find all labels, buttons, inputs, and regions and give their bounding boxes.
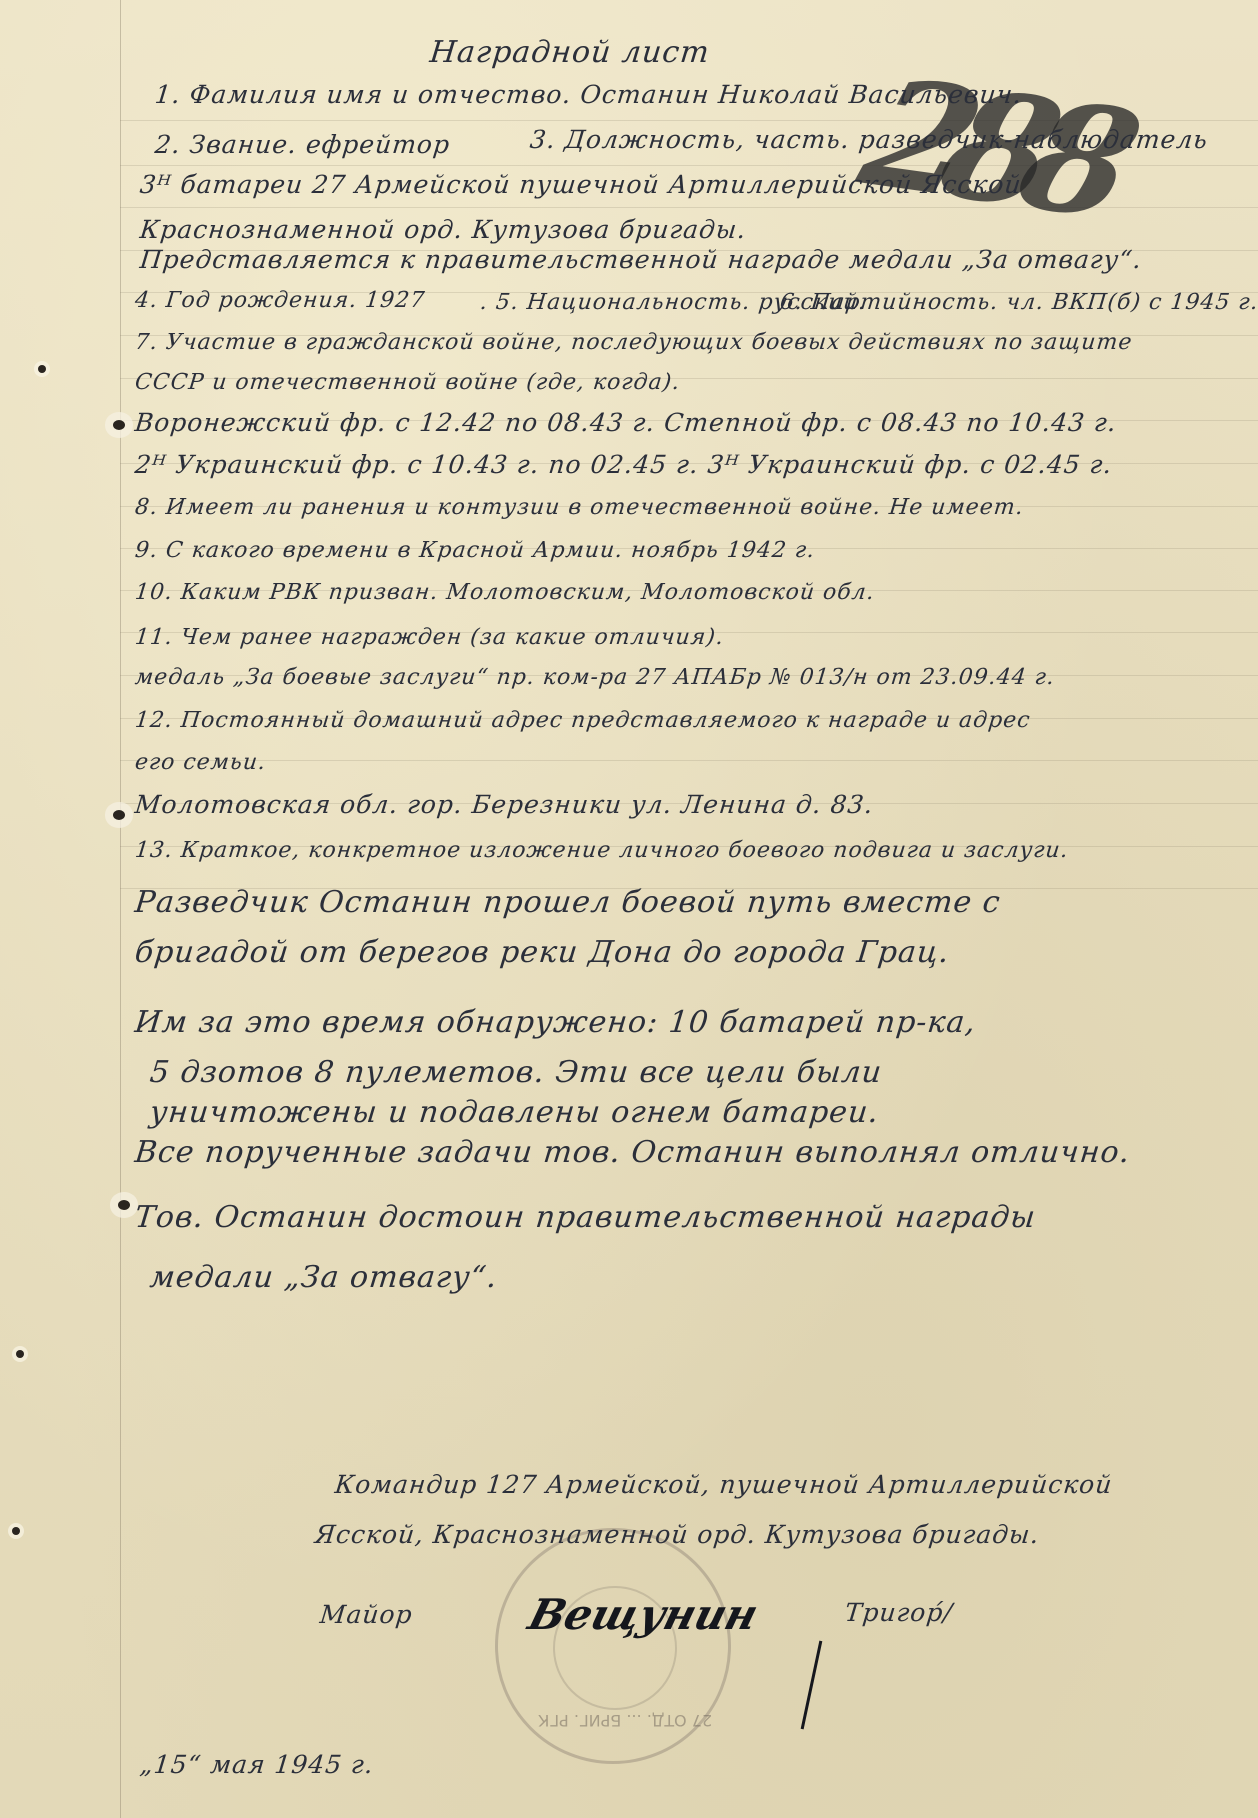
margin-line bbox=[120, 0, 121, 1818]
narrative-line: Тов. Останин достоин правительственной н… bbox=[133, 1200, 1037, 1235]
document-date: „15“ мая 1945 г. bbox=[138, 1750, 375, 1779]
field-draft-office: 10. Каким РВК призван. Молотовским, Моло… bbox=[134, 580, 876, 605]
field-home-address-answer: Молотовская обл. гор. Березники ул. Лени… bbox=[133, 790, 875, 819]
field-full-name: 1. Фамилия имя и отчество. Останин Никол… bbox=[153, 80, 1023, 109]
field-wounds: 8. Имеет ли ранения и контузии в отечест… bbox=[134, 495, 1025, 520]
commander-rank: Майор bbox=[318, 1600, 414, 1629]
field-position-brigade: Краснознаменной орд. Кутузова бригады. bbox=[138, 215, 747, 244]
narrative-line: Разведчик Останин прошел боевой путь вме… bbox=[133, 885, 1002, 920]
field-birth-year: 4. Год рождения. 1927 bbox=[134, 288, 427, 313]
narrative-line: 5 дзотов 8 пулеметов. Эти все цели были bbox=[148, 1055, 884, 1090]
field-home-address: 12. Постоянный домашний адрес представля… bbox=[134, 708, 1032, 733]
field-feat-summary: 13. Краткое, конкретное изложение личног… bbox=[134, 838, 1070, 863]
signature: Вещунин bbox=[523, 1590, 763, 1639]
narrative-line: медали „За отвагу“. bbox=[148, 1260, 499, 1295]
commander-name: Тригор́/ bbox=[843, 1598, 954, 1627]
binding-hole bbox=[113, 810, 125, 820]
field-position: 3. Должность, часть. разведчик-наблюдате… bbox=[528, 125, 1209, 154]
narrative-line: Все порученные задачи тов. Останин выпол… bbox=[133, 1135, 1132, 1170]
field-army-since: 9. С какого времени в Красной Армии. ноя… bbox=[134, 538, 817, 563]
narrative-line: бригадой от берегов реки Дона до города … bbox=[133, 935, 951, 970]
field-war-participation-answer-1: Воронежский фр. с 12.42 по 08.43 г. Степ… bbox=[133, 408, 1118, 437]
binding-hole bbox=[12, 1527, 20, 1535]
field-war-participation-2: СССР и отечественной войне (где, когда). bbox=[134, 370, 682, 395]
binding-hole bbox=[38, 365, 46, 373]
official-stamp: 27 ОТД. ... БРИГ. РГК bbox=[495, 1528, 731, 1764]
field-position-unit: 3ᴴ батареи 27 Армейской пушечной Артилле… bbox=[138, 170, 1023, 199]
award-sheet-page: Наградной лист 288 1. Фамилия имя и отче… bbox=[0, 0, 1258, 1818]
field-war-participation: 7. Участие в гражданской войне, последую… bbox=[134, 330, 1134, 355]
field-prior-awards-answer: медаль „За боевые заслуги“ пр. ком-ра 27… bbox=[134, 665, 1056, 690]
field-rank: 2. Звание. ефрейтор bbox=[153, 130, 451, 159]
field-home-address-2: его семьи. bbox=[134, 750, 268, 775]
binding-hole bbox=[16, 1350, 24, 1358]
field-war-participation-answer-2: 2ᴴ Украинский фр. с 10.43 г. по 02.45 г.… bbox=[133, 450, 1113, 479]
document-title: Наградной лист bbox=[428, 35, 711, 70]
ruled-line bbox=[120, 760, 1258, 761]
commander-title-line-2: Ясской, Краснознаменной орд. Кутузова бр… bbox=[313, 1520, 1041, 1549]
nomination-line: Представляется к правительственной награ… bbox=[138, 245, 1143, 274]
signature-stroke bbox=[801, 1641, 823, 1730]
narrative-line: уничтожены и подавлены огнем батареи. bbox=[148, 1095, 881, 1130]
binding-hole bbox=[113, 420, 125, 430]
narrative-line: Им за это время обнаружено: 10 батарей п… bbox=[133, 1005, 978, 1040]
field-party: 6. Партийность. чл. ВКП(б) с 1945 г. bbox=[779, 290, 1258, 315]
commander-title-line-1: Командир 127 Армейской, пушечной Артилле… bbox=[333, 1470, 1114, 1499]
stamp-text: 27 ОТД. ... БРИГ. РГК bbox=[538, 1711, 712, 1730]
binding-hole bbox=[118, 1200, 130, 1210]
field-prior-awards: 11. Чем ранее награжден (за какие отличи… bbox=[134, 625, 726, 650]
